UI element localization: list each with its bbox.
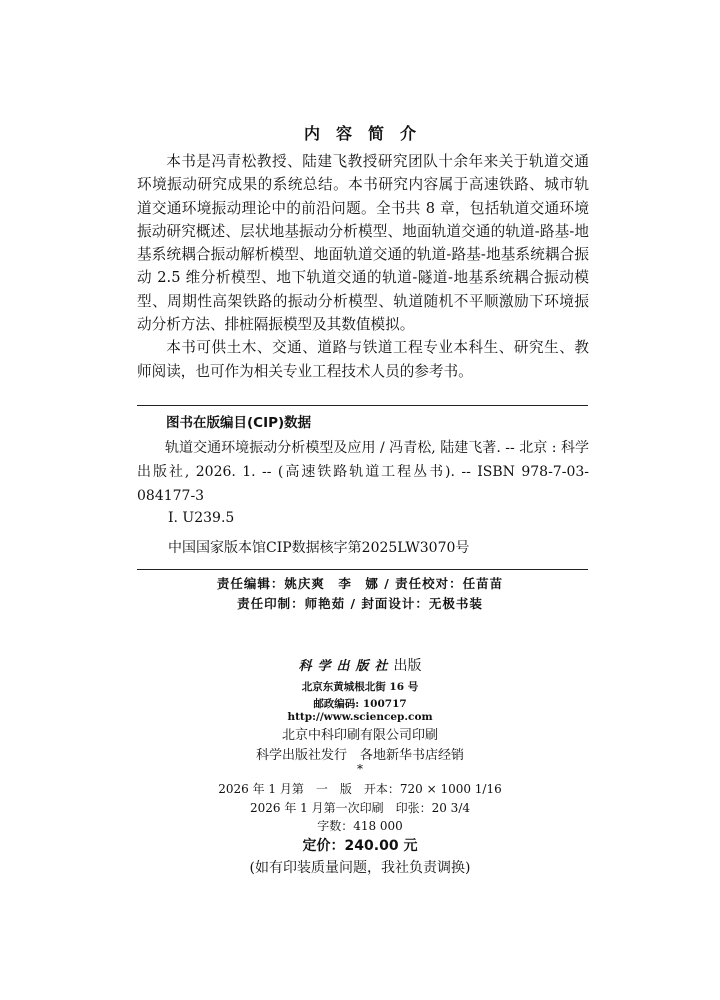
- cip-verification-number: 中国国家版本馆CIP数据核字第2025LW3070号: [168, 537, 469, 557]
- quality-notice: (如有印装质量问题，我社负责调换): [0, 857, 720, 877]
- price: 定价：240.00 元: [0, 835, 720, 855]
- intro-title: 内容简介: [0, 121, 720, 144]
- intro-paragraph-1: 本书是冯青松教授、陆建飞教授研究团队十余年来关于轨道交通环境振动研究成果的系统总…: [137, 150, 589, 336]
- edition-line: 2026 年 1 月第 一 版 开本：720 × 1000 1/16: [0, 780, 720, 797]
- production-credits: 责任印制：师艳茹 / 封面设计：无极书装: [0, 594, 720, 612]
- printing-line: 2026 年 1 月第一次印刷 印张：20 3/4: [0, 799, 720, 816]
- distribution-line: 科学出版社发行 各地新华书店经销: [0, 744, 720, 763]
- intro-paragraph-2: 本书可供土木、交通、道路与铁道工程专业本科生、研究生、教师阅读，也可作为相关专业…: [137, 336, 589, 383]
- publisher-line: 科学出版社出版: [0, 655, 720, 675]
- publisher-address: 北京东黄城根北街 16 号: [0, 679, 720, 694]
- editor-credits: 责任编辑：姚庆爽 李 娜 / 责任校对：任苗苗: [0, 574, 720, 592]
- cip-top-rule: [137, 405, 588, 406]
- word-count: 字数：418 000: [0, 817, 720, 834]
- intro-body: 本书是冯青松教授、陆建飞教授研究团队十余年来关于轨道交通环境振动研究成果的系统总…: [137, 150, 589, 383]
- cip-record: 轨道交通环境振动分析模型及应用 / 冯青松, 陆建飞著. -- 北京 : 科学出…: [137, 436, 589, 508]
- separator-asterisk: *: [0, 762, 720, 776]
- cip-classification: Ⅰ. U239.5: [168, 510, 234, 526]
- cip-record-text: 轨道交通环境振动分析模型及应用 / 冯青松, 陆建飞著. -- 北京 : 科学出…: [137, 436, 589, 508]
- publisher-url: http://www.sciencep.com: [0, 711, 720, 723]
- publisher-postcode: 邮政编码: 100717: [0, 696, 720, 711]
- cip-bottom-rule: [137, 569, 588, 570]
- publisher-suffix: 出版: [394, 658, 422, 674]
- cip-heading: 图书在版编目(CIP)数据: [166, 411, 311, 431]
- printer-line: 北京中科印刷有限公司印刷: [0, 724, 720, 743]
- publisher-logo: 科学出版社: [298, 659, 393, 674]
